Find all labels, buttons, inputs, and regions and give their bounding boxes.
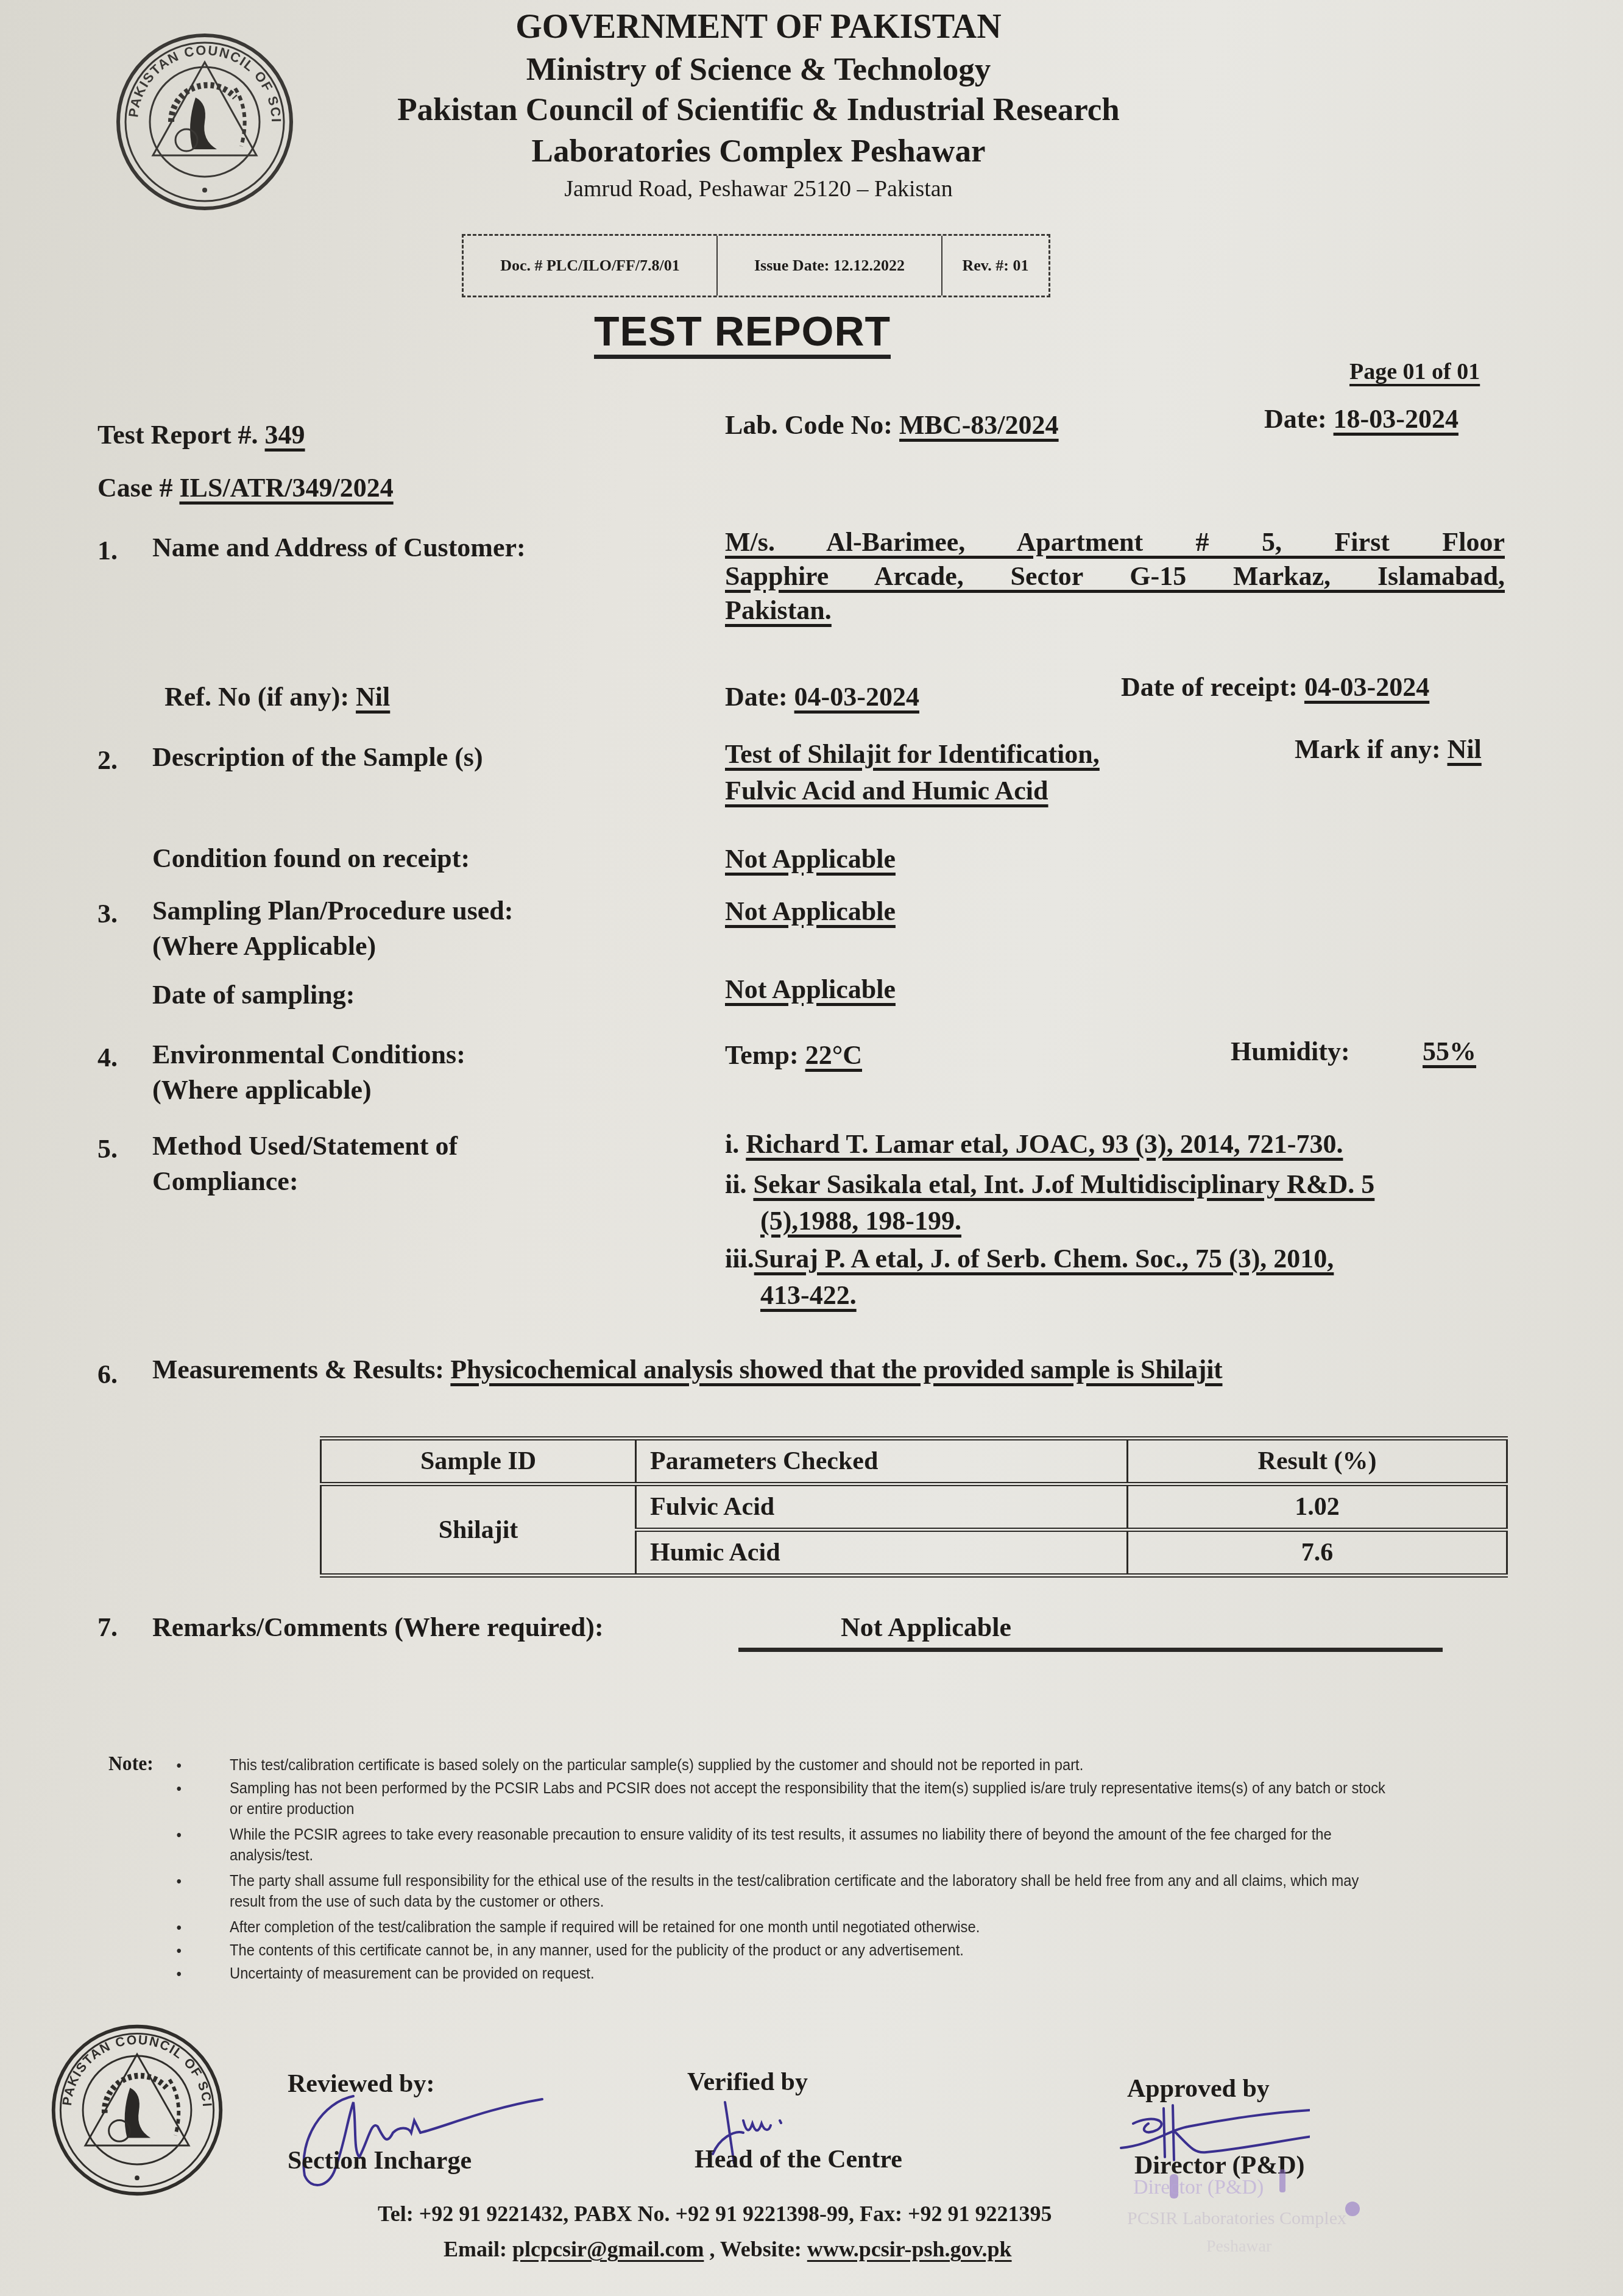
header-government: GOVERNMENT OF PAKISTAN — [317, 7, 1200, 46]
remarks-value: Not Applicable — [841, 1612, 1011, 1643]
customer-address: M/s. Al-Barimee, Apartment # 5, First Fl… — [725, 525, 1505, 628]
method-ref-1: i. Richard T. Lamar etal, JOAC, 93 (3), … — [725, 1129, 1343, 1160]
director-stamp: Director (P&D) PCSIR Laboratories Comple… — [1121, 2169, 1377, 2264]
sample-description-label: Description of the Sample (s) — [152, 740, 483, 775]
svg-text:PCSIR Laboratories Complex: PCSIR Laboratories Complex — [1127, 2208, 1346, 2228]
condition-label: Condition found on receipt: — [152, 841, 470, 876]
reviewer-title: Section Incharge — [288, 2146, 472, 2175]
sample-id-cell: Shilajit — [321, 1484, 636, 1576]
table-row: Shilajit Fulvic Acid 1.02 — [321, 1484, 1507, 1530]
address-line: M/s. Al-Barimee, Apartment # 5, First Fl… — [725, 527, 1505, 557]
header-ministry: Ministry of Science & Technology — [317, 51, 1200, 88]
verifier-title: Head of the Centre — [695, 2145, 902, 2174]
result-cell: 7.6 — [1128, 1530, 1507, 1576]
mark-if-any: Mark if any: Nil — [1295, 734, 1482, 765]
date-of-receipt: Date of receipt: 04-03-2024 — [1121, 671, 1429, 703]
parameter-cell: Humic Acid — [636, 1530, 1128, 1576]
pcsir-seal-logo: PAKISTAN COUNCIL OF SCIENTIFIC & INDUSTR… — [113, 30, 296, 213]
results-table: Sample ID Parameters Checked Result (%) … — [320, 1436, 1508, 1578]
document-info-box: Doc. # PLC/ILO/FF/7.8/01 Issue Date: 12.… — [462, 234, 1050, 297]
environment-label: Environmental Conditions: (Where applica… — [152, 1037, 465, 1108]
header-laboratory: Laboratories Complex Peshawar — [317, 133, 1200, 169]
revision-number: Rev. #: 01 — [942, 236, 1048, 296]
page-indicator: Page 01 of 01 — [1349, 358, 1480, 385]
section-number: 5. — [97, 1133, 118, 1164]
pcsir-seal-stamp: PAKISTAN COUNCIL OF SCIENTIFIC & INDUSTR… — [49, 2022, 225, 2199]
address-line: Sapphire Arcade, Sector G-15 Markaz, Isl… — [725, 561, 1505, 591]
parameter-cell: Fulvic Acid — [636, 1484, 1128, 1530]
sampling-label: Sampling Plan/Procedure used: (Where App… — [152, 893, 513, 964]
customer-label: Name and Address of Customer: — [152, 530, 526, 565]
reviewer-signature — [286, 2084, 548, 2197]
email-link[interactable]: plcpcsir@gmail.com — [512, 2237, 704, 2261]
method-ref-2: ii. Sekar Sasikala etal, Int. J.of Multi… — [725, 1169, 1374, 1200]
case-number: Case # ILS/ATR/349/2024 — [97, 472, 394, 503]
condition-value: Not Applicable — [725, 843, 896, 874]
section-number: 1. — [97, 535, 118, 566]
footer-email-website: Email: plcpcsir@gmail.com , Website: www… — [444, 2236, 1012, 2262]
website-link[interactable]: www.pcsir-psh.gov.pk — [807, 2237, 1012, 2261]
header-result: Result (%) — [1128, 1439, 1507, 1484]
results-statement: Measurements & Results: Physicochemical … — [152, 1354, 1222, 1385]
sample-description-line2: Fulvic Acid and Humic Acid — [725, 775, 1048, 806]
header-address: Jamrud Road, Peshawar 25120 – Pakistan — [317, 175, 1200, 202]
footer-contact: Tel: +92 91 9221432, PABX No. +92 91 922… — [378, 2201, 1052, 2227]
verified-by-label: Verified by — [687, 2067, 808, 2097]
section-number: 6. — [97, 1359, 118, 1390]
method-ref-2-cont: (5),1988, 198-199. — [760, 1205, 961, 1236]
sample-description-line1: Test of Shilajit for Identification, — [725, 739, 1100, 770]
header-council: Pakistan Council of Scientific & Industr… — [317, 91, 1200, 128]
method-label: Method Used/Statement of Compliance: — [152, 1129, 458, 1199]
remarks-underline — [738, 1648, 1443, 1652]
header-sample-id: Sample ID — [321, 1439, 636, 1484]
svg-text:Director (P&D): Director (P&D) — [1133, 2176, 1264, 2199]
report-date: Date: 18-03-2024 — [1264, 403, 1459, 434]
humidity-label: Humidity: — [1231, 1036, 1350, 1067]
temperature: Temp: 22°C — [725, 1040, 862, 1071]
humidity-value: 55% — [1423, 1036, 1476, 1067]
method-ref-3: iii.Suraj P. A etal, J. of Serb. Chem. S… — [725, 1243, 1334, 1274]
section-number: 2. — [97, 745, 118, 776]
ref-number: Ref. No (if any): Nil — [164, 681, 390, 712]
sampling-value: Not Applicable — [725, 896, 896, 927]
remarks-label: Remarks/Comments (Where required): — [152, 1612, 604, 1643]
lab-code: Lab. Code No: MBC-83/2024 — [725, 409, 1059, 441]
issue-date: Issue Date: 12.12.2022 — [718, 236, 942, 296]
report-title: TEST REPORT — [594, 308, 891, 355]
notes-label: Note: — [108, 1752, 154, 1776]
method-ref-3-cont: 413-422. — [760, 1280, 857, 1311]
test-report-page: PAKISTAN COUNCIL OF SCIENTIFIC & INDUSTR… — [0, 0, 1623, 2296]
doc-number: Doc. # PLC/ILO/FF/7.8/01 — [464, 236, 718, 296]
result-cell: 1.02 — [1128, 1484, 1507, 1530]
section-number: 4. — [97, 1042, 118, 1073]
test-report-number: Test Report #. 349 — [97, 419, 305, 450]
header-parameters: Parameters Checked — [636, 1439, 1128, 1484]
sampling-date-label: Date of sampling: — [152, 977, 355, 1013]
address-line: Pakistan. — [725, 595, 832, 625]
section-number: 3. — [97, 898, 118, 929]
customer-date: Date: 04-03-2024 — [725, 681, 919, 712]
sampling-date-value: Not Applicable — [725, 974, 896, 1005]
svg-text:Peshawar: Peshawar — [1206, 2237, 1272, 2256]
section-number: 7. — [97, 1612, 118, 1643]
